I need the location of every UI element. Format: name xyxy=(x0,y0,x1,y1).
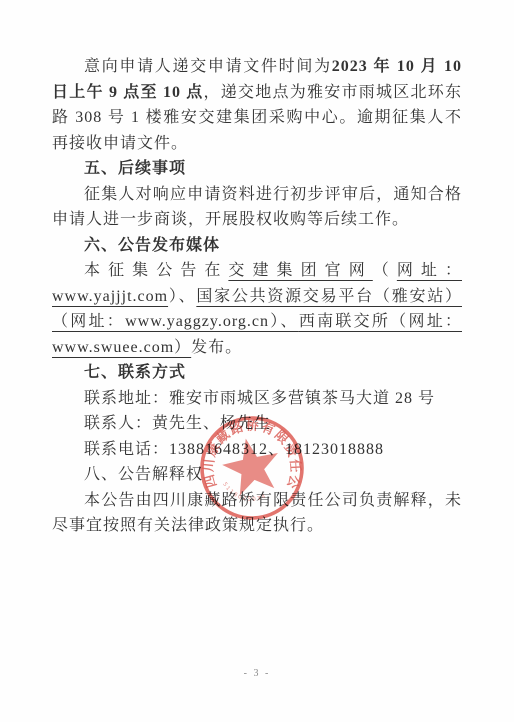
document-body: 意向申请人递交申请文件时间为2023 年 10 月 10 日上午 9 点至 10… xyxy=(52,54,462,539)
paragraph-submission-info: 意向申请人递交申请文件时间为2023 年 10 月 10 日上午 9 点至 10… xyxy=(52,54,462,156)
paragraph-section8-body: 本公告由四川康藏路桥有限责任公司负责解释，未尽事宜按照有关法律政策规定执行。 xyxy=(52,488,462,539)
paragraph-section5-body: 征集人对响应申请资料进行初步评审后，通知合格申请人进一步商谈，开展股权收购等后续… xyxy=(52,182,462,233)
paragraph-section6-body: 本征集公告在交建集团官网（网址：www.yajjjt.com）、国家公共资源交易… xyxy=(52,258,462,360)
document-page: 意向申请人递交申请文件时间为2023 年 10 月 10 日上午 9 点至 10… xyxy=(0,0,514,722)
link-jiaojian-site-name: 交建集团官网 xyxy=(228,262,372,279)
submission-info-pre: 意向申请人递交申请文件时间为 xyxy=(84,58,332,75)
contact-phone: 联系电话：13881648312、18123018888 xyxy=(52,437,462,463)
media-intro-text: 本征集公告在 xyxy=(84,262,228,279)
heading-section6-media: 六、公告发布媒体 xyxy=(52,233,462,259)
contact-address: 联系地址：雅安市雨城区多营镇茶马大道 28 号 xyxy=(52,386,462,412)
heading-section8-interpretation: 八、公告解释权 xyxy=(52,462,462,488)
heading-section7-contact: 七、联系方式 xyxy=(52,360,462,386)
page-number: - 3 - xyxy=(0,668,514,679)
contact-persons: 联系人：黄先生、杨先生 xyxy=(52,411,462,437)
media-paren-open: （ xyxy=(373,262,397,279)
media-publish-text: 发布。 xyxy=(191,339,242,356)
heading-section5-followup: 五、后续事项 xyxy=(52,156,462,182)
media-paren-close: ）、 xyxy=(168,288,196,305)
